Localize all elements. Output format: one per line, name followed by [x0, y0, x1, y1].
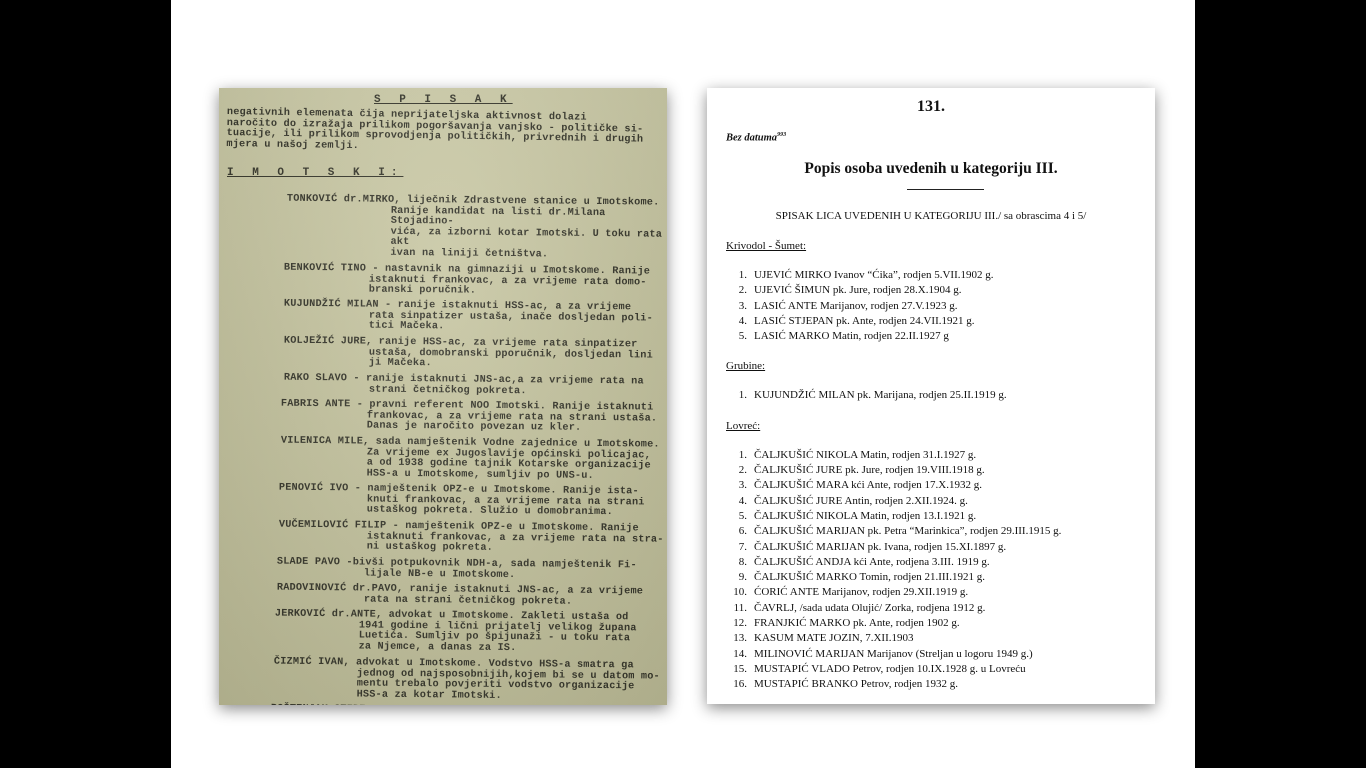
list-item-text: ČALJKUŠIĆ MARIJAN pk. Ivana, rodjen 15.X… [754, 540, 1006, 555]
person-list: 1.UJEVIĆ MIRKO Ivanov “Ćika”, rodjen 5.V… [726, 268, 1146, 344]
scan-intro: negativnih elemenata čija neprijateljska… [226, 108, 657, 157]
list-item-number: 1. [726, 388, 754, 403]
list-item: 5.LASIĆ MARKO Matin, rodjen 22.II.1927 g [726, 329, 1146, 344]
list-item-text: LASIĆ ANTE Marijanov, rodjen 27.V.1923 g… [754, 299, 957, 314]
person-list: 1.ČALJKUŠIĆ NIKOLA Matin, rodjen 31.I.19… [726, 448, 1146, 693]
list-item-text: ČALJKUŠIĆ NIKOLA Matin, rodjen 31.I.1927… [754, 448, 976, 463]
place-heading: Krivodol - Šumet: [726, 239, 1146, 253]
document-number: 131. [707, 98, 1155, 116]
list-item-number: 1. [726, 448, 754, 463]
list-item-number: 11. [726, 601, 754, 616]
list-item-number: 7. [726, 540, 754, 555]
list-item-number: 13. [726, 631, 754, 646]
list-item-number: 3. [726, 299, 754, 314]
scan-entry-description: istaknuti frankovac, a za vrijeme rata d… [219, 273, 667, 299]
list-item-text: ČALJKUŠIĆ NIKOLA Matin, rodjen 13.I.1921… [754, 509, 976, 524]
list-item: 3.LASIĆ ANTE Marijanov, rodjen 27.V.1923… [726, 299, 1146, 314]
list-item-number: 4. [726, 314, 754, 329]
list-item-text: UJEVIĆ ŠIMUN pk. Jure, rodjen 28.X.1904 … [754, 283, 961, 298]
list-item: 4.ČALJKUŠIĆ JURE Antin, rodjen 2.XII.192… [726, 494, 1146, 509]
scan-entry: TONKOVIĆ dr.MIRKO, liječnik Zdrastvene s… [219, 194, 667, 262]
scan-entry: VUČEMILOVIĆ FILIP - namještenik OPZ-e u … [219, 520, 667, 556]
list-item-text: ČALJKUŠIĆ MARIJAN pk. Petra “Marinkica”,… [754, 524, 1061, 539]
list-item: 16.MUSTAPIĆ BRANKO Petrov, rodjen 1932 g… [726, 677, 1146, 692]
list-item-text: MUSTAPIĆ VLADO Petrov, rodjen 10.IX.1928… [754, 662, 1026, 677]
place-heading: Grubine: [726, 359, 1146, 373]
list-item: 15.MUSTAPIĆ VLADO Petrov, rodjen 10.IX.1… [726, 662, 1146, 677]
document-body: Krivodol - Šumet:1.UJEVIĆ MIRKO Ivanov “… [726, 239, 1146, 704]
scan-entry-list: TONKOVIĆ dr.MIRKO, liječnik Zdrastvene s… [219, 194, 667, 705]
transcribed-document: 131. Bez datuma993 Popis osoba uvedenih … [707, 88, 1155, 704]
scan-section-heading: I M O T S K I: [227, 168, 403, 179]
scan-entry-description: 1941 godine i lični prijatelj velikog žu… [219, 620, 667, 656]
list-item: 12.FRANJKIĆ MARKO pk. Ante, rodjen 1902 … [726, 616, 1146, 631]
list-item: 2.ČALJKUŠIĆ JURE pk. Jure, rodjen 19.VII… [726, 463, 1146, 478]
list-item-number: 6. [726, 524, 754, 539]
scan-entry-description: Za vrijeme ex Jugoslavije općinski polic… [219, 446, 667, 482]
scan-entry: PENOVIĆ IVO - namještenik OPZ-e u Imotsk… [219, 483, 667, 519]
scan-title: S P I S A K [374, 95, 513, 106]
scan-entry-name-line: POŠTENJAK STIPE - agronom. Ranije istakn… [219, 704, 667, 705]
place-heading: Lovreć: [726, 419, 1146, 433]
list-item-text: ČALJKUŠIĆ JURE Antin, rodjen 2.XII.1924.… [754, 494, 968, 509]
list-item: 14.MILINOVIĆ MARIJAN Marijanov (Streljan… [726, 647, 1146, 662]
list-item-number: 3. [726, 478, 754, 493]
scan-entry: SLADE PAVO -bivši potpukovnik NDH-a, sad… [219, 557, 667, 583]
list-item-text: ĆORIĆ ANTE Marijanov, rodjen 29.XII.1919… [754, 585, 968, 600]
list-item-text: ČAVRLJ, /sada udata Olujić/ Zorka, rodje… [754, 601, 985, 616]
list-item: 8.ČALJKUŠIĆ ANDJA kći Ante, rodjena 3.II… [726, 555, 1146, 570]
list-item-number: 10. [726, 585, 754, 600]
list-item-number: 15. [726, 662, 754, 677]
list-item: 13.KASUM MATE JOZIN, 7.XII.1903 [726, 631, 1146, 646]
list-item-text: ČALJKUŠIĆ JURE pk. Jure, rodjen 19.VIII.… [754, 463, 985, 478]
list-item-number: 5. [726, 509, 754, 524]
list-item-text: UJEVIĆ MIRKO Ivanov “Ćika”, rodjen 5.VII… [754, 268, 994, 283]
scan-entry: FABRIS ANTE - pravni referent NOO Imotsk… [219, 399, 667, 435]
list-item: 1.UJEVIĆ MIRKO Ivanov “Ćika”, rodjen 5.V… [726, 268, 1146, 283]
scan-entry: VILENICA MILE, sada namještenik Vodne za… [219, 436, 667, 483]
footnote-ref: 993 [777, 132, 786, 138]
scan-entry-description: Ranije kandidat na listi dr.Milana Stoja… [219, 205, 667, 263]
person-list: 1.KUJUNDŽIĆ MILAN pk. Marijana, rodjen 2… [726, 388, 1146, 403]
scan-entry-description: frankovac, a za vrijeme rata na strani u… [219, 410, 667, 436]
list-item-text: LASIĆ MARKO Matin, rodjen 22.II.1927 g [754, 329, 949, 344]
list-item: 2.UJEVIĆ ŠIMUN pk. Jure, rodjen 28.X.190… [726, 283, 1146, 298]
list-item-text: LASIĆ STJEPAN pk. Ante, rodjen 24.VII.19… [754, 314, 975, 329]
list-item: 1.KUJUNDŽIĆ MILAN pk. Marijana, rodjen 2… [726, 388, 1146, 403]
slide: S P I S A K negativnih elemenata čija ne… [171, 0, 1195, 768]
scan-entry-description: jednog od najsposobnijih,kojem bi se u d… [219, 667, 667, 703]
scan-entry: RADOVINOVIĆ dr.PAVO, ranije istaknuti JN… [219, 583, 667, 609]
scan-entry: ČIZMIĆ IVAN, advokat u Imotskome. Vodstv… [219, 657, 667, 704]
list-item: 3.ČALJKUŠIĆ MARA kći Ante, rodjen 17.X.1… [726, 478, 1146, 493]
list-item-number: 12. [726, 616, 754, 631]
list-item-number: 2. [726, 283, 754, 298]
list-item-text: MUSTAPIĆ BRANKO Petrov, rodjen 1932 g. [754, 677, 958, 692]
list-item-number: 8. [726, 555, 754, 570]
list-item-text: MILINOVIĆ MARIJAN Marijanov (Streljan u … [754, 647, 1033, 662]
list-item: 4.LASIĆ STJEPAN pk. Ante, rodjen 24.VII.… [726, 314, 1146, 329]
scan-entry-description: ustaša, domobranski pporučnik, dosljedan… [219, 347, 667, 373]
scan-entry: POŠTENJAK STIPE - agronom. Ranije istakn… [219, 704, 667, 705]
scan-entry: KUJUNDŽIĆ MILAN - ranije istaknuti HSS-a… [219, 299, 667, 335]
scan-entry: KOLJEŽIĆ JURE, ranije HSS-ac, za vrijeme… [219, 336, 667, 372]
list-item: 6.ČALJKUŠIĆ MARIJAN pk. Petra “Marinkica… [726, 524, 1146, 539]
document-date: Bez datuma993 [726, 132, 786, 144]
list-item-number: 1. [726, 268, 754, 283]
document-title: Popis osoba uvedenih u kategoriju III. [707, 160, 1155, 178]
scan-entry: BENKOVIĆ TINO - nastavnik na gimnaziji u… [219, 263, 667, 299]
list-item-text: KUJUNDŽIĆ MILAN pk. Marijana, rodjen 25.… [754, 388, 1007, 403]
scan-entry: JERKOVIĆ dr.ANTE, advokat u Imotskome. Z… [219, 609, 667, 656]
list-item-number: 16. [726, 677, 754, 692]
list-item-number: 14. [726, 647, 754, 662]
list-item-number: 9. [726, 570, 754, 585]
list-item-text: KASUM MATE JOZIN, 7.XII.1903 [754, 631, 914, 646]
scan-entry-description: knuti frankovac, a za vrijeme rata na st… [219, 494, 667, 520]
list-item-number: 2. [726, 463, 754, 478]
list-item: 7.ČALJKUŠIĆ MARIJAN pk. Ivana, rodjen 15… [726, 540, 1146, 555]
scan-entry-description: istaknuti frankovac, a za vrijeme rata n… [219, 531, 667, 557]
scan-entry: RAKO SLAVO - ranije istaknuti JNS-ac,a z… [219, 373, 667, 399]
list-item: 10.ĆORIĆ ANTE Marijanov, rodjen 29.XII.1… [726, 585, 1146, 600]
list-item: 1.ČALJKUŠIĆ NIKOLA Matin, rodjen 31.I.19… [726, 448, 1146, 463]
list-item-text: ČALJKUŠIĆ MARKO Tomin, rodjen 21.III.192… [754, 570, 985, 585]
scan-entry-description: rata sinpatizer ustaša, inače dosljedan … [219, 310, 667, 336]
scanned-original-document: S P I S A K negativnih elemenata čija ne… [219, 88, 667, 705]
list-item-number: 4. [726, 494, 754, 509]
list-item: 5.ČALJKUŠIĆ NIKOLA Matin, rodjen 13.I.19… [726, 509, 1146, 524]
document-subtitle: SPISAK LICA UVEDENIH U KATEGORIJU III./ … [707, 210, 1155, 222]
list-item: 11.ČAVRLJ, /sada udata Olujić/ Zorka, ro… [726, 601, 1146, 616]
list-item-number: 5. [726, 329, 754, 344]
list-item: 9.ČALJKUŠIĆ MARKO Tomin, rodjen 21.III.1… [726, 570, 1146, 585]
date-label: Bez datuma [726, 133, 777, 144]
list-item-text: ČALJKUŠIĆ ANDJA kći Ante, rodjena 3.III.… [754, 555, 990, 570]
list-item-text: FRANJKIĆ MARKO pk. Ante, rodjen 1902 g. [754, 616, 960, 631]
list-item-text: ČALJKUŠIĆ MARA kći Ante, rodjen 17.X.193… [754, 478, 982, 493]
title-divider [907, 189, 984, 190]
